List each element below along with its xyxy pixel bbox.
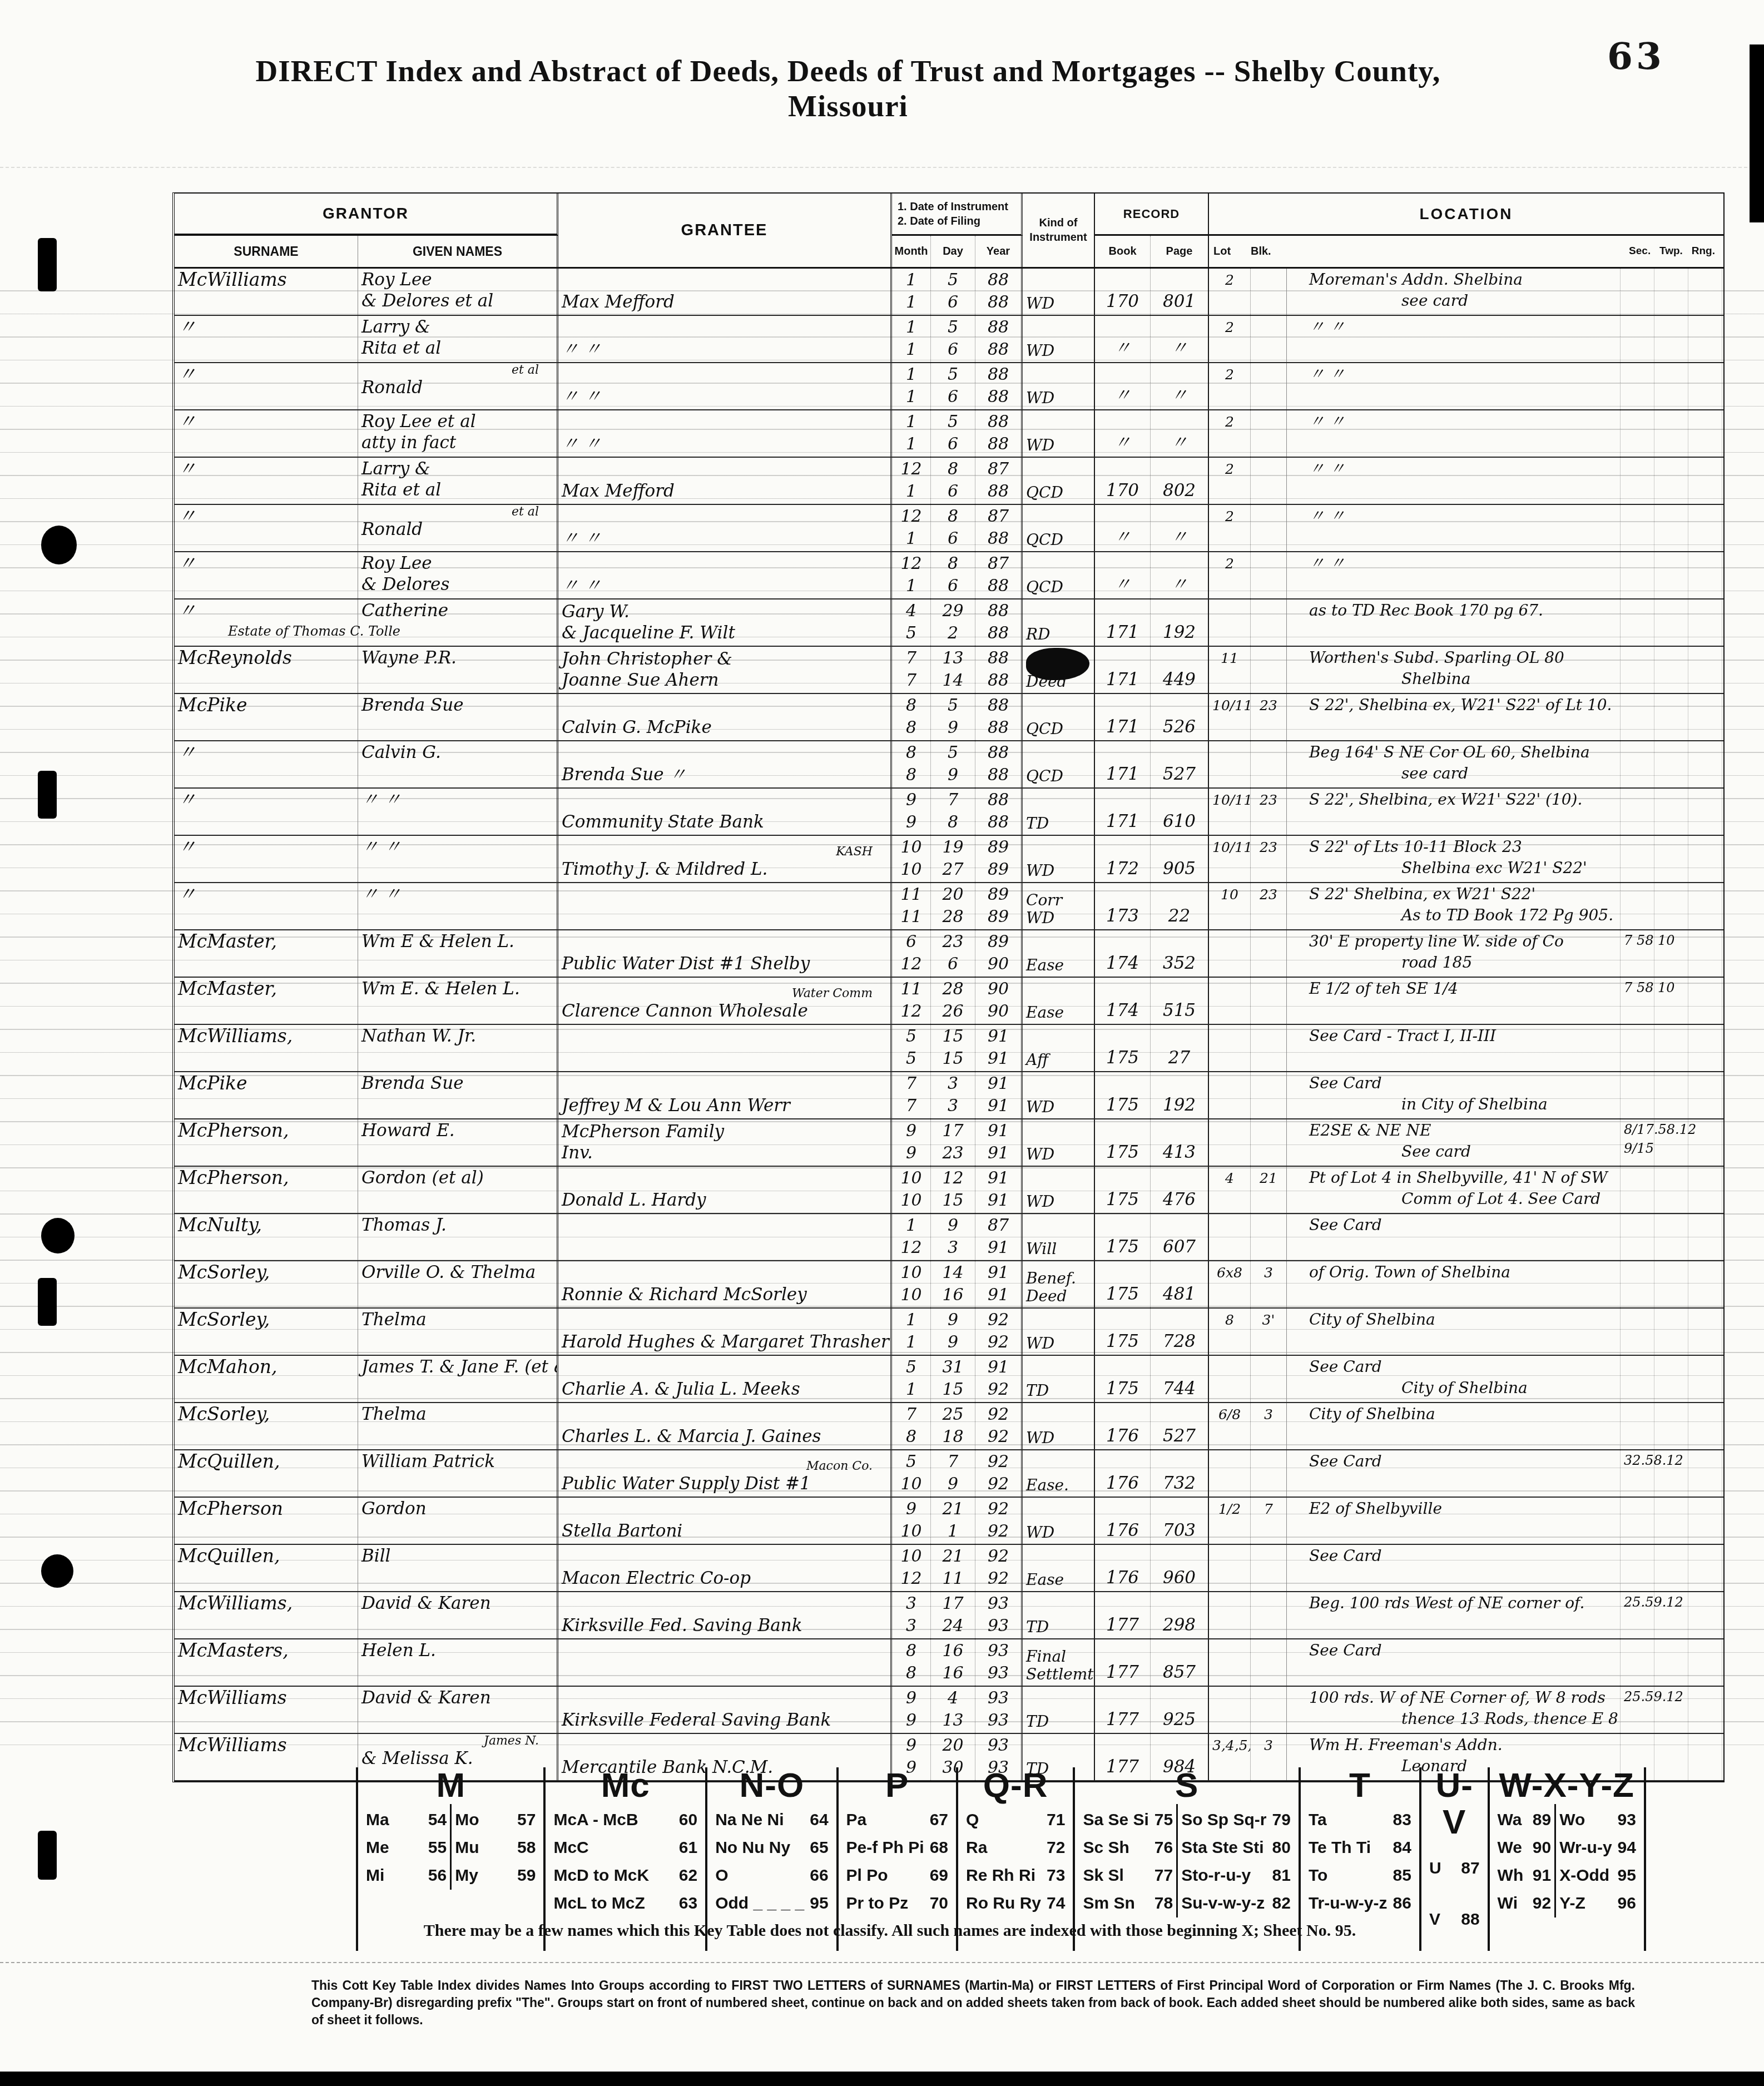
date-year-cell: 8888 — [975, 363, 1023, 409]
record-book-cell: 176 — [1095, 1450, 1151, 1497]
date-year-cell: 9191 — [975, 1119, 1023, 1166]
sec-twp-rng-cell — [1621, 1167, 1723, 1213]
grantor-surname-cell: 〃 — [175, 458, 358, 504]
grantor-estate-note: Estate of Thomas C. Tolle — [228, 624, 539, 638]
scan-edge-artifact — [0, 2072, 1764, 2086]
grantor-given-names-cell: David & Karen — [358, 1687, 558, 1733]
key-table-group-label: P — [843, 1767, 952, 1804]
fine-print-line2: disregarding prefix "The". Groups start … — [311, 1995, 1635, 2027]
blk-cell — [1251, 316, 1287, 362]
blk-cell — [1251, 978, 1287, 1024]
date-day-cell: 99 — [931, 1309, 975, 1355]
sec-twp-rng-cell — [1621, 1545, 1723, 1591]
blk-cell: 7 — [1251, 1498, 1287, 1544]
blk-cell — [1251, 458, 1287, 504]
date-month-cell: 910 — [892, 1498, 931, 1544]
key-table-entry: Q71 — [966, 1806, 1065, 1834]
date-day-cell: 3115 — [931, 1356, 975, 1402]
date-year-cell: 9191 — [975, 1261, 1023, 1307]
grantee-cell: Macon Electric Co-op — [558, 1545, 892, 1591]
grantor-given-names-cell: Gordon (et al) — [358, 1167, 558, 1213]
key-table-entry: Mu58 — [455, 1834, 536, 1862]
header-month: Month — [892, 236, 931, 267]
date-month-cell: 45 — [892, 599, 931, 646]
key-table-entry: Sa Se Si75 — [1083, 1806, 1173, 1834]
record-book-cell: 170 — [1095, 458, 1151, 504]
kind-of-instrument-cell: FinalSettlemt — [1023, 1639, 1095, 1686]
lot-cell — [1209, 1025, 1251, 1071]
location-cell: S 22' of Lts 10-11 Block 23Shelbina exc … — [1287, 836, 1621, 882]
date-day-cell: 2028 — [931, 883, 975, 929]
date-year-cell: 8989 — [975, 836, 1023, 882]
grantor-given-names-cell: Orville O. & Thelma — [358, 1261, 558, 1307]
record-page-cell: 192 — [1151, 599, 1209, 646]
sec-twp-rng-cell: 7 58 10 — [1621, 930, 1723, 977]
key-table-group-w-x-y-z: W-X-Y-ZWa89We90Wh91Wi92Wo93Wr-u-y94X-Odd… — [1488, 1767, 1646, 1951]
date-year-cell: 9393 — [975, 1639, 1023, 1686]
record-page-cell: 607 — [1151, 1214, 1209, 1260]
blk-cell — [1251, 269, 1287, 315]
record-page-cell: 481 — [1151, 1261, 1209, 1307]
record-book-cell: 171 — [1095, 647, 1151, 693]
ledger-row: McWilliams,Nathan W. Jr.5515159191Aff175… — [175, 1025, 1723, 1072]
grantor-surname-cell: 〃 — [175, 505, 358, 551]
header-page: Page — [1151, 236, 1209, 267]
location-cell: S 22', Shelbina ex, W21' S22' of Lt 10. — [1287, 694, 1621, 740]
lot-cell: 2 — [1209, 458, 1251, 504]
grantor-surname-cell: McQuillen, — [175, 1545, 358, 1591]
header-date-of-filing: 2. Date of Filing — [898, 214, 980, 229]
grantee-cell: 〃 〃 — [558, 505, 892, 551]
key-table-entry: Sta Ste Sti80 — [1181, 1834, 1291, 1862]
fine-print: This Cott Key Table Index divides Names … — [311, 1977, 1635, 2029]
grantee-cell: Kirksville Fed. Saving Bank — [558, 1592, 892, 1638]
header-day: Day — [931, 236, 975, 267]
date-month-cell: 11 — [892, 269, 931, 315]
record-page-cell: 〃 — [1151, 552, 1209, 598]
grantor-surname-cell: 〃Estate of Thomas C. Tolle — [175, 599, 358, 646]
key-table-group-label: Mc — [550, 1767, 701, 1804]
date-day-cell: 79 — [931, 1450, 975, 1497]
date-year-cell: 8990 — [975, 930, 1023, 977]
date-year-cell: 8888 — [975, 410, 1023, 457]
key-table-group-label: U-V — [1426, 1767, 1483, 1841]
grantor-given-names-cell: Brenda Sue — [358, 694, 558, 740]
ledger-row: McPikeBrenda SueCalvin G. McPike88598888… — [175, 694, 1723, 741]
sec-twp-rng-cell — [1621, 836, 1723, 882]
punch-hole-mark — [41, 526, 77, 564]
record-book-cell: 175 — [1095, 1214, 1151, 1260]
date-day-cell: 86 — [931, 552, 975, 598]
grantor-given-names-cell: Thelma — [358, 1403, 558, 1449]
blk-cell — [1251, 1356, 1287, 1402]
lot-cell — [1209, 1450, 1251, 1497]
date-month-cell: 88 — [892, 694, 931, 740]
grantor-surname-cell: McPherson, — [175, 1167, 358, 1213]
record-book-cell: 176 — [1095, 1498, 1151, 1544]
grantee-cell: 〃 〃 — [558, 552, 892, 598]
lot-cell — [1209, 599, 1251, 646]
record-book-cell: 〃 — [1095, 410, 1151, 457]
key-table-entry: Sk Sl77 — [1083, 1862, 1173, 1890]
top-divider-line — [0, 167, 1764, 168]
grantee-cell: KASHTimothy J. & Mildred L. — [558, 836, 892, 882]
date-month-cell: 51 — [892, 1356, 931, 1402]
header-grantee: GRANTEE — [558, 194, 892, 267]
grantor-given-names-cell: 〃 〃 — [358, 883, 558, 929]
sec-twp-rng-cell — [1621, 316, 1723, 362]
grantee-cell — [558, 883, 892, 929]
header-blk: Blk. — [1251, 236, 1287, 267]
blk-cell — [1251, 1639, 1287, 1686]
punch-hole-mark — [38, 771, 57, 819]
record-page-cell: 732 — [1151, 1450, 1209, 1497]
lot-cell: 8 — [1209, 1309, 1251, 1355]
key-table-entry: McD to McK62 — [553, 1862, 697, 1890]
grantor-surname-cell: McWilliams — [175, 1734, 358, 1780]
key-table-group-label: S — [1079, 1767, 1294, 1804]
lot-cell — [1209, 930, 1251, 977]
grantee-cell: Max Mefford — [558, 269, 892, 315]
key-table-group-n-o: N-ONa Ne Ni64No Nu Ny65O66Odd _ _ _ _95 — [705, 1767, 836, 1951]
date-day-cell: 59 — [931, 741, 975, 787]
grantee-cell: Kirksville Federal Saving Bank — [558, 1687, 892, 1733]
grantor-given-names-cell: Roy Lee& Delores — [358, 552, 558, 598]
key-table-entry: Ta83 — [1309, 1806, 1411, 1834]
date-year-cell: 9393 — [975, 1592, 1023, 1638]
date-month-cell: 121 — [892, 505, 931, 551]
date-day-cell: 1416 — [931, 1261, 975, 1307]
ledger-row: McWilliams,David & KarenKirksville Fed. … — [175, 1592, 1723, 1639]
blk-cell — [1251, 599, 1287, 646]
record-book-cell: 〃 — [1095, 552, 1151, 598]
key-table-entry: Mi56 — [366, 1862, 447, 1890]
kind-of-instrument-cell: WD — [1023, 836, 1095, 882]
date-month-cell: 121 — [892, 552, 931, 598]
key-table-entry: Ra72 — [966, 1834, 1065, 1862]
date-year-cell: 8989 — [975, 883, 1023, 929]
kind-of-instrument-cell: Ease — [1023, 1545, 1095, 1591]
date-day-cell: 1616 — [931, 1639, 975, 1686]
sec-twp-rng-cell — [1621, 741, 1723, 787]
key-table-entry: Te Th Ti84 — [1309, 1834, 1411, 1862]
kind-of-instrument-cell: WD — [1023, 269, 1095, 315]
key-table-entry: Sc Sh76 — [1083, 1834, 1173, 1862]
sec-twp-rng-cell — [1621, 552, 1723, 598]
record-page-cell: 728 — [1151, 1309, 1209, 1355]
key-table-entry: Pl Po69 — [846, 1862, 948, 1890]
cott-key-table: MMa54Me55Mi56Mo57Mu58My59McMcA - McB60Mc… — [356, 1767, 1646, 1951]
ledger-row: 〃〃 〃Community State Bank99788888TD171610… — [175, 789, 1723, 836]
kind-of-instrument-cell: TD — [1023, 789, 1095, 835]
record-page-cell: 476 — [1151, 1167, 1209, 1213]
grantor-given-names-cell: 〃 〃 — [358, 789, 558, 835]
date-day-cell: 86 — [931, 505, 975, 551]
key-table-entry: McA - McB60 — [553, 1806, 697, 1834]
grantor-given-names-cell: Roy Lee& Delores et al — [358, 269, 558, 315]
lot-cell — [1209, 1545, 1251, 1591]
blk-cell — [1251, 1025, 1287, 1071]
location-cell: E2SE & NE NESee card — [1287, 1119, 1621, 1166]
record-book-cell: 175 — [1095, 1356, 1151, 1402]
key-table-entry: Wh91 — [1498, 1862, 1552, 1890]
ledger-row: 〃et alRonald〃 〃11568888WD〃〃2〃 〃 — [175, 363, 1723, 410]
sec-twp-rng-cell — [1621, 1309, 1723, 1355]
date-day-cell: 1927 — [931, 836, 975, 882]
kind-of-instrument-cell: QCD — [1023, 552, 1095, 598]
blk-cell — [1251, 552, 1287, 598]
grantor-surname-cell: McMasters, — [175, 1639, 358, 1686]
blk-cell: 3' — [1251, 1309, 1287, 1355]
blk-cell — [1251, 1119, 1287, 1166]
ledger-row: McMasters,Helen L.8816169393FinalSettlem… — [175, 1639, 1723, 1687]
grantor-given-names-cell: Thelma — [358, 1309, 558, 1355]
ledger-row: 〃Larry &Rita et alMax Mefford121868788QC… — [175, 458, 1723, 505]
key-table-group-label: M — [363, 1767, 539, 1804]
lot-cell: 11 — [1209, 647, 1251, 693]
grantor-given-names-cell: Howard E. — [358, 1119, 558, 1166]
grantor-given-names-cell: Helen L. — [358, 1639, 558, 1686]
grantor-surname-cell: McWilliams — [175, 269, 358, 315]
record-book-cell: 173 — [1095, 883, 1151, 929]
location-cell: 〃 〃 — [1287, 363, 1621, 409]
grantee-cell: Charlie A. & Julia L. Meeks — [558, 1356, 892, 1402]
record-page-cell: 413 — [1151, 1119, 1209, 1166]
key-table-entry: Y-Z96 — [1559, 1890, 1636, 1917]
date-month-cell: 121 — [892, 458, 931, 504]
sec-twp-rng-cell — [1621, 1261, 1723, 1307]
header-date-of-instrument: 1. Date of Instrument — [898, 200, 1008, 214]
ledger-row: McPherson,Howard E.McPherson FamilyInv.9… — [175, 1119, 1723, 1167]
key-table-entry: No Nu Ny65 — [715, 1834, 828, 1862]
grantee-cell: John Christopher &Joanne Sue Ahern — [558, 647, 892, 693]
punch-hole-mark — [38, 1278, 57, 1326]
date-month-cell: 1010 — [892, 836, 931, 882]
key-table-entry: Re Rh Ri73 — [966, 1862, 1065, 1890]
record-page-cell: 298 — [1151, 1592, 1209, 1638]
kind-of-instrument-cell-with-ink-stamp: Deed — [1023, 647, 1095, 693]
blk-cell — [1251, 1072, 1287, 1118]
grantor-surname-cell: McSorley, — [175, 1309, 358, 1355]
kind-of-instrument-cell: QCD — [1023, 505, 1095, 551]
lot-cell: 1/2 — [1209, 1498, 1251, 1544]
grantor-surname-cell: McWilliams — [175, 1687, 358, 1733]
date-day-cell: 56 — [931, 363, 975, 409]
lot-cell: 10/11 — [1209, 789, 1251, 835]
grantor-given-names-cell: Thomas J. — [358, 1214, 558, 1260]
record-page-cell: 352 — [1151, 930, 1209, 977]
date-month-cell: 77 — [892, 647, 931, 693]
kind-of-instrument-cell: WD — [1023, 1498, 1095, 1544]
record-book-cell: 175 — [1095, 1119, 1151, 1166]
kind-of-instrument-cell: Will — [1023, 1214, 1095, 1260]
sec-twp-rng-cell: 32.58.12 — [1621, 1450, 1723, 1497]
lot-cell — [1209, 1214, 1251, 1260]
grantor-surname-cell: 〃 — [175, 552, 358, 598]
key-table-entry: Sto-r-u-y81 — [1181, 1862, 1291, 1890]
record-page-cell: 22 — [1151, 883, 1209, 929]
record-book-cell: 177 — [1095, 1639, 1151, 1686]
ledger-row: 〃Roy Lee& Delores〃 〃121868788QCD〃〃2〃 〃 — [175, 552, 1723, 599]
grantor-surname-cell: McSorley, — [175, 1403, 358, 1449]
key-table-entry: We90 — [1498, 1834, 1552, 1862]
record-book-cell: 175 — [1095, 1025, 1151, 1071]
key-table-entry: Ro Ru Ry74 — [966, 1890, 1065, 1917]
date-day-cell: 1724 — [931, 1592, 975, 1638]
blk-cell — [1251, 363, 1287, 409]
grantor-given-names-cell: Wayne P.R. — [358, 647, 558, 693]
ledger-row: 〃Roy Lee et alatty in fact〃 〃11568888WD〃… — [175, 410, 1723, 458]
blk-cell: 3 — [1251, 1261, 1287, 1307]
lot-cell — [1209, 741, 1251, 787]
header-record: RECORD — [1095, 194, 1209, 236]
kind-of-instrument-cell: Ease — [1023, 978, 1095, 1024]
kind-of-instrument-cell: WD — [1023, 1167, 1095, 1213]
grantor-given-names-cell: Brenda Sue — [358, 1072, 558, 1118]
date-year-cell: 8888 — [975, 694, 1023, 740]
kind-of-instrument-cell: Ease — [1023, 930, 1095, 977]
grantor-given-names-cell: 〃 〃 — [358, 836, 558, 882]
key-table-group-mc: McMcA - McB60McC61McD to McK62McL to McZ… — [543, 1767, 705, 1951]
location-cell: Beg. 100 rds West of NE corner of. — [1287, 1592, 1621, 1638]
lot-cell — [1209, 1687, 1251, 1733]
blk-cell — [1251, 1687, 1287, 1733]
grantee-cell — [558, 1025, 892, 1071]
grantor-surname-cell: McNulty, — [175, 1214, 358, 1260]
grantee-cell: Gary W.& Jacqueline F. Wilt — [558, 599, 892, 646]
date-month-cell: 11 — [892, 316, 931, 362]
blk-cell: 23 — [1251, 836, 1287, 882]
ledger-row: McReynoldsWayne P.R.John Christopher &Jo… — [175, 647, 1723, 694]
blk-cell: 23 — [1251, 883, 1287, 929]
location-cell: 〃 〃 — [1287, 458, 1621, 504]
key-table-entry: Wr-u-y94 — [1559, 1834, 1636, 1862]
record-book-cell: 〃 — [1095, 316, 1151, 362]
header-given-names: GIVEN NAMES — [358, 236, 558, 267]
record-book-cell: 174 — [1095, 930, 1151, 977]
record-book-cell: 176 — [1095, 1545, 1151, 1591]
key-table-group-u-v: U-VU87V88 — [1419, 1767, 1488, 1951]
date-year-cell: 9292 — [975, 1545, 1023, 1591]
key-table-entry: Wa89 — [1498, 1806, 1552, 1834]
date-day-cell: 211 — [931, 1498, 975, 1544]
grantor-surname-cell: McQuillen, — [175, 1450, 358, 1497]
sec-twp-rng-cell — [1621, 458, 1723, 504]
record-page-cell: 925 — [1151, 1687, 1209, 1733]
location-cell: 〃 〃 — [1287, 316, 1621, 362]
grantee-cell — [558, 1639, 892, 1686]
record-book-cell: 175 — [1095, 1261, 1151, 1307]
record-page-cell: 〃 — [1151, 316, 1209, 362]
grantor-given-names-cell: Larry &Rita et al — [358, 458, 558, 504]
grantor-given-names-cell: Bill — [358, 1545, 558, 1591]
date-day-cell: 59 — [931, 694, 975, 740]
location-cell: S 22' Shelbina, ex W21' S22'As to TD Boo… — [1287, 883, 1621, 929]
grantee-cell: Calvin G. McPike — [558, 694, 892, 740]
ledger-row: McMaster,Wm E & Helen L.Public Water Dis… — [175, 930, 1723, 978]
kind-of-instrument-cell: Ease. — [1023, 1450, 1095, 1497]
record-book-cell: 〃 — [1095, 505, 1151, 551]
date-month-cell: 1010 — [892, 1167, 931, 1213]
key-table-entry: Me55 — [366, 1834, 447, 1862]
date-month-cell: 88 — [892, 1639, 931, 1686]
key-table-entry: Pa67 — [846, 1806, 948, 1834]
grantee-cell: Brenda Sue 〃 — [558, 741, 892, 787]
date-month-cell: 112 — [892, 1214, 931, 1260]
record-page-cell: 〃 — [1151, 505, 1209, 551]
date-year-cell: 8888 — [975, 741, 1023, 787]
date-day-cell: 56 — [931, 269, 975, 315]
key-table-group-p: PPa67Pe-f Ph Pi68Pl Po69Pr to Pz70 — [836, 1767, 956, 1951]
location-cell: Moreman's Addn. Shelbinasee card — [1287, 269, 1621, 315]
sec-twp-rng-cell — [1621, 1639, 1723, 1686]
sec-twp-rng-cell — [1621, 1403, 1723, 1449]
grantee-cell: 〃 〃 — [558, 363, 892, 409]
grantor-surname-cell: 〃 — [175, 883, 358, 929]
blk-cell — [1251, 647, 1287, 693]
ledger-row: McSorley,Orville O. & ThelmaRonnie & Ric… — [175, 1261, 1723, 1309]
date-day-cell: 33 — [931, 1072, 975, 1118]
header-kind-of-instrument: Kind of Instrument — [1023, 194, 1095, 267]
scan-edge-artifact — [1750, 44, 1764, 222]
record-book-cell: 176 — [1095, 1403, 1151, 1449]
kind-of-instrument-cell: WD — [1023, 1403, 1095, 1449]
key-table-entry: Su-v-w-y-z82 — [1181, 1890, 1291, 1917]
grantor-given-names-cell: Wm E & Helen L. — [358, 930, 558, 977]
date-day-cell: 93 — [931, 1214, 975, 1260]
location-cell: 30' E property line W. side of Coroad 18… — [1287, 930, 1621, 977]
ledger-row: 〃〃 〃KASHTimothy J. & Mildred L.101019278… — [175, 836, 1723, 883]
date-month-cell: 99 — [892, 1687, 931, 1733]
header-book: Book — [1095, 236, 1151, 267]
date-month-cell: 612 — [892, 930, 931, 977]
date-month-cell: 11 — [892, 1309, 931, 1355]
record-page-cell: 192 — [1151, 1072, 1209, 1118]
key-table-entry: Odd _ _ _ _95 — [715, 1890, 828, 1917]
punch-hole-mark — [38, 1831, 57, 1880]
date-month-cell: 11 — [892, 363, 931, 409]
kind-of-instrument-cell: TD — [1023, 1356, 1095, 1402]
sec-twp-rng-cell — [1621, 1356, 1723, 1402]
location-cell: 〃 〃 — [1287, 410, 1621, 457]
date-month-cell: 1010 — [892, 1261, 931, 1307]
ledger-row: McQuillen,William PatrickMacon Co.Public… — [175, 1450, 1723, 1498]
footer-divider-line — [0, 1962, 1764, 1963]
date-day-cell: 56 — [931, 410, 975, 457]
key-table-entry: McC61 — [553, 1834, 697, 1862]
date-day-cell: 56 — [931, 316, 975, 362]
kind-of-instrument-cell: WD — [1023, 1309, 1095, 1355]
grantee-cell: 〃 〃 — [558, 410, 892, 457]
grantee-cell: Water CommClarence Cannon Wholesale — [558, 978, 892, 1024]
ledger-row: McPikeBrenda SueJeffrey M & Lou Ann Werr… — [175, 1072, 1723, 1119]
grantee-cell: Public Water Dist #1 Shelby — [558, 930, 892, 977]
date-year-cell: 8888 — [975, 269, 1023, 315]
location-cell: 〃 〃 — [1287, 505, 1621, 551]
grantor-surname-cell: 〃 — [175, 363, 358, 409]
date-year-cell: 9292 — [975, 1309, 1023, 1355]
date-year-cell: 8788 — [975, 505, 1023, 551]
sec-twp-rng-cell — [1621, 1072, 1723, 1118]
ledger-row: McSorley,ThelmaCharles L. & Marcia J. Ga… — [175, 1403, 1723, 1450]
date-year-cell: 8888 — [975, 647, 1023, 693]
sec-twp-rng-cell: 25.59.12 — [1621, 1592, 1723, 1638]
header-grantor: GRANTOR — [175, 194, 558, 236]
grantor-surname-cell: McMaster, — [175, 978, 358, 1024]
kind-of-instrument-cell: WD — [1023, 1119, 1095, 1166]
deed-index-table: GRANTOR SURNAME GIVEN NAMES GRANTEE 1. D… — [172, 192, 1725, 1782]
blk-cell — [1251, 930, 1287, 977]
